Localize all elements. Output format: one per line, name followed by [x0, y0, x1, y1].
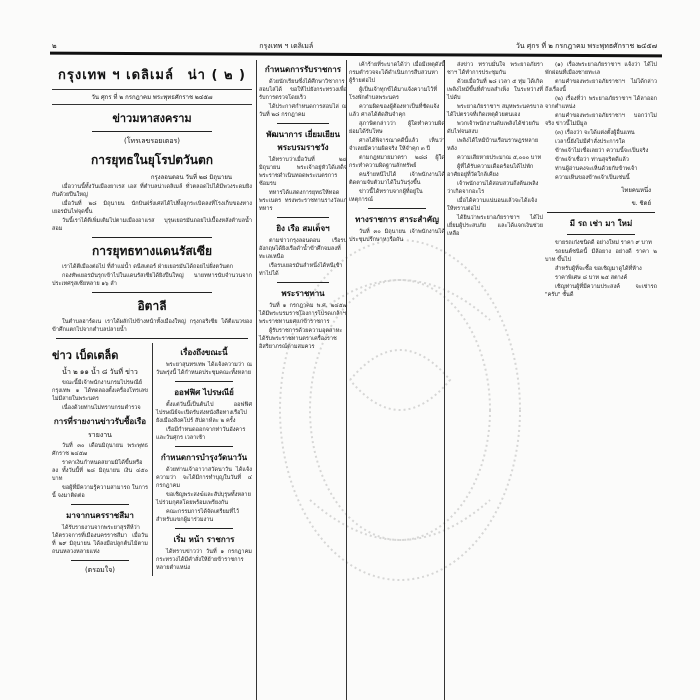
paragraph: เจ้าพนักงานได้สอบสวนถึงต้นเพลิงว่าเกิดจา…: [447, 180, 543, 196]
column-1: กรุงเทพ ฯ เดลิเมล์ น่า ( ๒ ) วัน ศุกร ที…: [52, 60, 252, 700]
paragraph: เมื่อวันที่ ๒๘ มิถุนายน นักบินฝรั่งเศสได…: [52, 200, 252, 216]
divider: [175, 528, 233, 529]
paragraph: ในตำบลฮาร์ดเน เราได้ผลักไปข้างหน้าทั้งเม…: [52, 318, 252, 334]
paragraph: รถยนต์ชนิดนี้ มีล้อยาง อย่างดี ราคา ๒ บา…: [545, 248, 657, 264]
dateline: กรุงลอนดอน วันที่ ๒๘ มิถุนายน: [52, 172, 252, 182]
paragraph: ขอเชิญพระสงฆ์และสัปบุรุษทั้งหลายไปร่วมกุ…: [156, 491, 252, 507]
notice-heading: พัฒนาการ เยี่ยมเยียนพระบรมราชวัง: [259, 128, 347, 154]
paragraph: เค้าร้ายที่ระบาดได้ว่า เมื่อมีเหตุดังนี้…: [349, 61, 445, 85]
paragraph: ขณะนี้มีเจ้าพนักงานกรมไปรษณีย์ กรุงเทพ ๑…: [52, 379, 148, 403]
paragraph: ตามคำของพระยาอภัยราชาฯ บอกว่าไม่จริง ข่า…: [545, 112, 657, 128]
lower-split: ข่าว เบ็ดเตล็ด น้ำ ๒ ๑๑ น้ำ ๘ วันที่ ข่า…: [52, 343, 252, 576]
paper-name: กรุงเทพ ฯ เดลิเมล์: [259, 41, 313, 52]
paragraph: ส่งข่าว ทราบมั่นใจ พระยาอภัยราชาฯ ได้ทำก…: [447, 61, 543, 77]
paragraph: ได้ทราบข่าวว่า วันที่ ๑ กรกฎาคม กระทรวงไ…: [156, 548, 252, 572]
divider: [277, 123, 330, 124]
divider: [277, 217, 330, 218]
column-2: กำหนดการรับราชการ ด้วยนักเรียนซึ่งได้ศึก…: [256, 60, 347, 700]
paragraph: ราคาพิเศษ ๘ บาท ๒๕ สตางค์: [545, 274, 657, 282]
divider: [56, 338, 248, 339]
divider: [71, 560, 129, 561]
notice-heading: การที่รายงานข่าวรับซื้อเรือ: [52, 415, 148, 428]
notice-heading: (ตรอมใจ): [52, 565, 148, 576]
paragraph: วันที่ ๓๐ เดือนมิถุนายน พระพุทธศักราช ๒๔…: [52, 442, 148, 458]
paragraph: ด้วยท่านเจ้าอาวาสวัดนาวัน ได้แจ้งความว่า…: [156, 466, 252, 490]
section-heading: ข่าวมหาสงคราม: [52, 109, 252, 127]
paragraph: ผู้ที่ได้รับความเดือดร้อนได้ไปพักอาศัยอย…: [447, 163, 543, 179]
paragraph: (๑) เรื่องพระยาอภัยราชาฯ แจ้งว่า ได้ไปพั…: [545, 61, 657, 77]
divider: [92, 131, 212, 132]
notice-heading: กำหนดการบำรุงวัดนาวัน: [156, 451, 252, 464]
paragraph: วันนี้เราได้ตีเพิ่มเติมไปตามเมืองอาแรส บ…: [52, 217, 252, 233]
masthead-dateline: วัน ศุกร ที่ ๒ กรกฎาคม พระพุทธศักราช ๒๔๕…: [52, 89, 252, 105]
running-head: ๒ กรุงเทพ ฯ เดลิเมล์ วัน ศุกร ที่ ๒ กรกฎ…: [52, 38, 657, 52]
masthead-title: กรุงเทพ ฯ เดลิเมล์: [58, 64, 174, 85]
headline-italy: อิตาลี: [52, 297, 252, 316]
paragraph: พระยาอภัยราชาฯ สมุหพระนครบาล ได้ไปตรวจที…: [447, 103, 543, 119]
paragraph: ความผิดของผู้ต้องหาเป็นที่ชัดแจ้งแล้ว ศา…: [349, 103, 445, 119]
paragraph: เนื่องด้วยท่านไม่ทราบกรมตำรวจ: [52, 404, 148, 412]
paragraph: ได้รับรายงานจากพระยาสุรสีห์ว่า ได้ตรวจกา…: [52, 524, 148, 556]
divider: [368, 208, 426, 209]
paragraph: สำหรับผู้ที่จะซื้อ ขอเชิญมาดูได้ที่ห้าง: [545, 265, 657, 273]
divider: [71, 504, 129, 505]
page-number: ๒: [52, 41, 57, 52]
paragraph: สุภาษิตกล่าวว่า ผู้ใดทำความผิดย่อมได้รับ…: [349, 120, 445, 136]
divider: [277, 282, 330, 283]
paragraph: วันที่ ๑ กรกฎาคม พ.ศ. ๒๔๕๗ ได้มีพระบรมรา…: [259, 302, 347, 326]
divider: [92, 292, 212, 293]
announcements-column: เรื่องถึงขณะนี้ พระยาสุนทรเทพ ได้แจ้งควา…: [152, 343, 252, 576]
paragraph: (๓) เรื่องว่า จะได้แต่งตั้งผู้อื่นแทน: [545, 129, 657, 137]
paragraph: ขายรถเก๋งชนิดดี อย่างใหม่ ราคา ๙ บาท: [545, 239, 657, 247]
notice-heading: ทางราชการ สาระสำคัญ: [349, 213, 445, 226]
paragraph: เมื่อได้ความแน่นอนแล้วจะได้แจ้งให้ทราบต่…: [447, 197, 543, 213]
paragraph: ทหารได้แสดงการยุทธให้ทอดพระเนตร ทรงพระรา…: [259, 189, 347, 213]
divider: [92, 237, 212, 238]
header-rule: [50, 52, 662, 58]
notice-heading: ออฟฟิศ ไปรษณีย์: [156, 386, 252, 399]
masthead: กรุงเทพ ฯ เดลิเมล์ น่า ( ๒ ): [52, 60, 252, 87]
signature-initial: ข. ชิดย์: [551, 198, 651, 208]
paragraph: ผู้เป็นเจ้าทุกข์ได้มาแจ้งความไว้ที่โรงพั…: [349, 86, 445, 102]
headline-western-front: การยุทธในยุโรปตวันตก: [52, 151, 252, 170]
notice-heading: ยิง เรือ สมเด็จฯ: [259, 222, 347, 235]
paragraph: ท่านผู้อ่านคงจะเห็นด้วยกับข้าพเจ้า: [545, 165, 657, 173]
column-4: ส่งข่าว ทราบมั่นใจ พระยาอภัยราชาฯ ได้ทำก…: [444, 60, 543, 700]
newspaper-page: ๒ กรุงเทพ ฯ เดลิเมล์ วัน ศุกร ที่ ๒ กรกฎ…: [0, 0, 700, 700]
notice-heading: พระราชทาน: [259, 287, 347, 300]
divider: [547, 212, 655, 213]
paragraph: เรือรบเยอรมันลำหนึ่งได้หนีเข้าท่าไปได้: [259, 262, 347, 278]
paragraph: เชิญท่านผู้ที่มีความประสงค์ จะเช่ารถ "คร…: [545, 283, 657, 299]
paragraph: ด้วยนักเรียนซึ่งได้ศึกษาวิชาการสอบไล่ได้…: [259, 78, 347, 102]
issue-date: วัน ศุกร ที่ ๒ กรกฎาคม พระพุทธศักราช ๒๔๕…: [516, 41, 657, 52]
notice-heading: กำหนดการรับราชการ: [259, 63, 347, 76]
paragraph: ได้ยินว่าพระยาอภัยราชาฯ ได้ไปเยี่ยมผู้ปร…: [447, 214, 543, 238]
subheading: น้ำ ๒ ๑๑ น้ำ ๘ วันที่ ข่าว: [52, 367, 148, 378]
paragraph: ศาลได้พิจารณาคดีนี้แล้ว เห็นว่าจำเลยมีคว…: [349, 137, 445, 153]
paragraph: พระยาสุนทรเทพ ได้แจ้งความว่า ณ วันพรุ่งน…: [156, 361, 252, 377]
headline-russian-front: การยุทธทางแดนรัสเซีย: [52, 242, 252, 261]
notice-heading: เริ่ม หน้า ราชการ: [156, 533, 252, 546]
paragraph: ตั้งแต่วันนี้เป็นต้นไป ออฟฟิศไปรษณีย์จะเ…: [156, 401, 252, 425]
notice-subheading: รายงาน: [52, 430, 148, 441]
paragraph: พวกเจ้าพนักงานดับเพลิงได้ช่วยกันดับไฟจนส…: [447, 120, 543, 136]
news-source: (โทรเลขรอยเตอร): [52, 136, 252, 147]
paragraph: ขอผู้ที่มีความรู้ความสามารถ ในการนี้ จงม…: [52, 484, 148, 500]
paragraph: ได้ทราบว่าเมื่อวันที่ ๒๘ มิถุนายน พระเจ้…: [259, 156, 347, 188]
paragraph: ตามข่าวกรุงลอนดอน เรือรบอังกฤษได้ยิงเรือ…: [259, 237, 347, 261]
notice-heading: เรื่องถึงขณะนี้: [156, 346, 252, 359]
headline-misc-news: ข่าว เบ็ดเตล็ด: [52, 346, 148, 364]
paragraph: ด้วยเมื่อวันที่ ๒๘ เวลา ๕ ทุ่ม ได้เกิดเพ…: [447, 78, 543, 102]
paragraph: วันที่ ๓๐ มิถุนายน เจ้าพนักงานได้ประชุมป…: [349, 228, 445, 244]
misc-news-column: ข่าว เบ็ดเตล็ด น้ำ ๒ ๑๑ น้ำ ๘ วันที่ ข่า…: [52, 343, 148, 576]
masthead-page-label: น่า ( ๒ ): [188, 64, 246, 85]
paragraph: ข้าพเจ้าเชื่อว่า ท่านสุจริตดีแล้ว: [545, 156, 657, 164]
paragraph: กองทัพเยอรมันรุกเข้าไปในแดนรัสเซียได้ยิง…: [52, 272, 252, 288]
paragraph: เรือมีกำหนดออกจากท่าวันอังคาร และวันศุกร…: [156, 426, 252, 442]
column-3: เค้าร้ายที่ระบาดได้ว่า เมื่อมีเหตุดังนี้…: [346, 60, 445, 700]
paragraph: (๒) เรื่องที่ว่า พระยาอภัยราชาฯ ได้ลาออก…: [545, 95, 657, 111]
paragraph: เราได้ตีเมืองต่อไป ที่ลำแม่น้ำ ดนีสเตอร์…: [52, 263, 252, 271]
paragraph: เพลิงได้ไหม้บ้านเรือนราษฎรหลายหลัง: [447, 137, 543, 153]
paragraph: ผู้รับราชการด้วยความอุตสาหะ ได้รับพระราช…: [259, 327, 347, 351]
paragraph: เวลานี้ยังไม่มีคำสั่งประการใด: [545, 138, 657, 146]
divider: [175, 381, 233, 382]
paragraph: ข้าพเจ้าไม่เชื่อเลยว่า ความนี้จะเป็นจริง: [545, 147, 657, 155]
paragraph: ตามคำของพระยาอภัยราชาฯ ไม่ได้กล่าวถึงเรื…: [545, 78, 657, 94]
paragraph: ความเสียหายประมาณ ๕,๐๐๐ บาท: [447, 154, 543, 162]
paragraph: ได้ประกาศกำหนดการสอบไล่ ณ วันที่ ๒๘ กรกฎ…: [259, 103, 347, 119]
column-5: (๑) เรื่องพระยาอภัยราชาฯ แจ้งว่า ได้ไปพั…: [545, 60, 657, 700]
paragraph: คนร้ายหนีไปได้ เจ้าพนักงานได้ติดตามจับตั…: [349, 171, 445, 187]
paragraph: เมื่อวานนี้ทั้งวันเมืองยาเรส เอส ที่ตำบล…: [52, 183, 252, 199]
divider: [567, 234, 634, 235]
paragraph: คณะกรรมการได้จัดเตรียมที่ไว้สำหรับแขกผู้…: [156, 508, 252, 524]
paragraph: ข่าวนี้ได้ทราบจากผู้ที่อยู่ในเหตุการณ์: [349, 188, 445, 204]
notice-heading: มี รถ เช่า มา ใหม่: [545, 217, 657, 230]
notice-heading: มาจากนครราชสีมา: [52, 509, 148, 522]
paragraph: ตามกฎหมายมาตรา ๒๘๘ ผู้ใดกระทำความผิดฐานล…: [349, 154, 445, 170]
divider: [175, 446, 233, 447]
paragraph: ราคาเงินกำหนดสยามมิได้ขึ้นหรือลง ทั้งวัน…: [52, 459, 148, 483]
paragraph: ความเห็นของข้าพเจ้าเป็นเช่นนี้: [545, 174, 657, 182]
signature-name: ไทยคนหนึ่ง: [551, 185, 651, 195]
